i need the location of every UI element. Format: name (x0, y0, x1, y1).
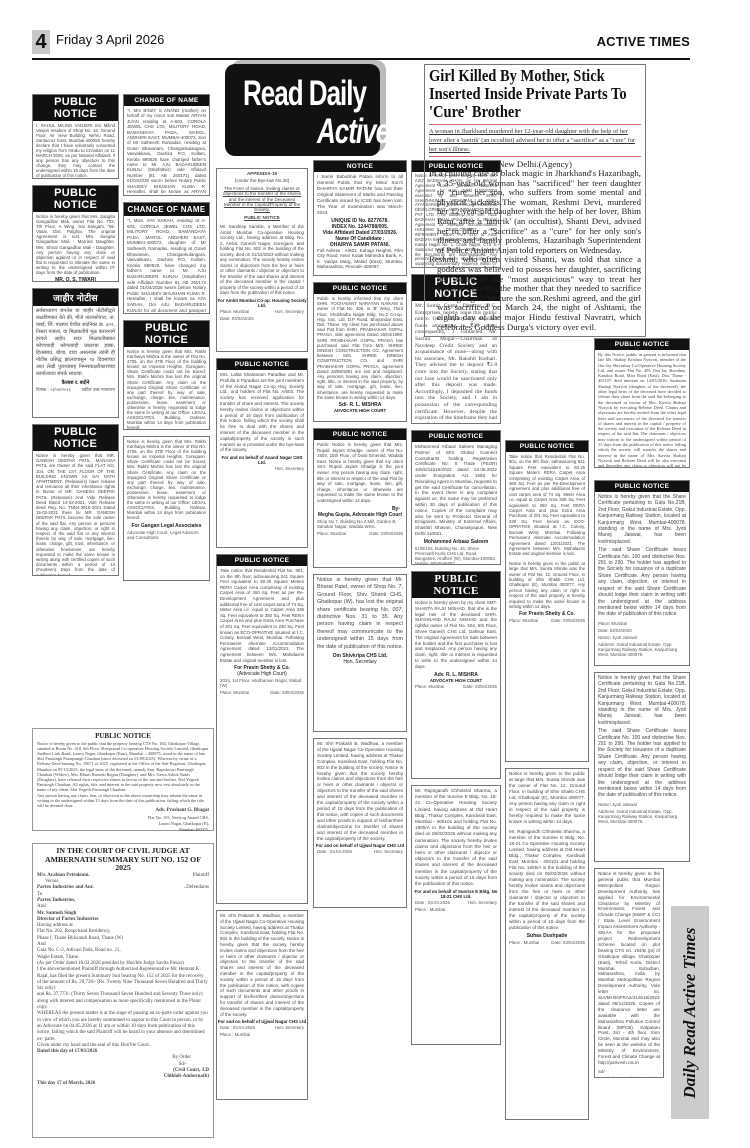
masthead: 4 Friday 3 April 2026 ACTIVE TIMES (32, 28, 690, 60)
notice-text: Mrs. Lalita Shantaram Paradkar and Mr. P… (217, 370, 307, 455)
notice-text: Notice is hereby given that Mrs. Rakhi K… (124, 437, 209, 523)
notice-naik: PUBLIC NOTICE Public is hereby informed … (313, 282, 407, 422)
notice-chhotelal: Mr. Rajnigandh Chhotelal Sharma, a membe… (411, 785, 501, 1045)
notice-hr-right: PUBLIC NOTICE Take notice that Residenti… (505, 440, 589, 762)
read-daily-banner: Read Daily Active Times (225, 64, 380, 156)
notice-share-certificate: PUBLIC NOTICE Notice is hereby given tha… (594, 480, 690, 666)
article-headline[interactable]: Girl Killed By Mother, Stick Inserted In… (429, 67, 642, 121)
notice-mmrda: Notice is hereby given to the general pu… (594, 868, 664, 1078)
notice-title: PUBLIC NOTICE (506, 441, 588, 452)
notice-title: PUBLIC NOTICE (595, 339, 689, 350)
notice-title: PUBLIC NOTICE (314, 283, 406, 294)
notice-change-of-name-2: CHANGE OF NAME "I, Miss. AYA SARAH, resi… (123, 202, 210, 314)
notice-title: PUBLIC NOTICE (217, 555, 307, 566)
notice-chhotelal-left: Mr. Shri Prakash B. Wadhwa, a member of … (313, 738, 407, 908)
notice-title: PUBLIC NOTICE (412, 431, 500, 442)
court-title: IN THE COURT OF CIVIL JUDGE ATAMBERNATH … (37, 847, 209, 873)
notice-title: CHANGE OF NAME (124, 95, 209, 106)
notice-text: Notice is hereby given to the public at … (506, 769, 588, 827)
article-paragraph: Reshmi, who often visited Shanti, was to… (429, 255, 641, 332)
notice-text: Notice is hereby given by my client SMT.… (412, 598, 500, 672)
notice-ggehi: PUBLIC NOTICE Public Notice is hereby gi… (313, 428, 407, 568)
notice-text: Notice is hereby given that Mrs. Rakhi K… (124, 347, 209, 430)
notice-ghatkopar: PUBLIC NOTICE Notice is hereby given to … (32, 728, 214, 831)
notice-text: By this Notice, public in general is inf… (595, 350, 689, 468)
notice-text: Notice is hereby given that the Share Ce… (595, 492, 689, 547)
notice-title: PUBLIC NOTICE (314, 429, 406, 440)
notice-title: PUBLIC NOTICE (37, 732, 209, 741)
notice-gangan: PUBLIC NOTICE Notice is hereby given tha… (123, 320, 210, 430)
notice-text: "I, Mrs BINZY S ANAND (mother) on behalf… (124, 106, 209, 196)
column-4: NOTICE I Samir Babubhai Patani inform to… (313, 160, 407, 914)
notice-sakate: Mr. Shri Prakash B. Wadhwa, a member of … (216, 910, 308, 1100)
notice-title: NOTICE (314, 161, 406, 172)
column-3: APPENDIX-16 [Under the Bye-law No.35] Th… (216, 168, 308, 1106)
notice-title: PUBLIC NOTICE (217, 359, 307, 370)
notice-nyayoti: PUBLIC NOTICE By this Notice, public in … (594, 338, 690, 468)
notice-text: Notice is hereby given that Mrs. Sangita… (33, 212, 118, 277)
notice-bharat: Notice is hereby given that Mr. Bharat P… (313, 574, 407, 732)
notice-tiwari-left: PUBLIC NOTICE Notice is hereby given tha… (32, 185, 119, 282)
news-article: Girl Killed By Mother, Stick Inserted In… (424, 64, 646, 337)
notice-title: CHANGE OF NAME (124, 203, 209, 216)
publication-date: Friday 3 April 2026 (56, 32, 164, 47)
banner-line-1: Read Daily (243, 73, 366, 115)
notice-mishra-left: PUBLIC NOTICE Notice is hereby given tha… (32, 424, 119, 576)
notice-saleem: PUBLIC NOTICE Mohammed Arbaaz Saleem Man… (411, 430, 501, 565)
notice-text: Notice is hereby given that MR. GANESH D… (33, 451, 118, 576)
notice-text: Notice is hereby given that the Share Ce… (595, 673, 689, 728)
side-banner-text: Daily Read Active Times (680, 927, 700, 1098)
notice-text: सर्वसाधारण जनतेस या जाहीर नोटीसीद्वारे क… (33, 306, 118, 380)
article-paragraph: In a chilling case of black magic in Jha… (429, 169, 641, 255)
notice-change-of-name-1: CHANGE OF NAME "I, Mrs BINZY S ANAND (mo… (123, 94, 210, 196)
notice-text: Public is hereby informed that my client… (314, 294, 406, 402)
notice-title: जाहीर नोटीस (33, 289, 118, 306)
notice-text: Mr. Rajnigandh Chhotelal Sharma, a membe… (412, 786, 500, 889)
notice-text: I Samir Babubhai Patani inform to all Ge… (314, 172, 406, 218)
notice-text: Mohammed Arbaaz Saleem Managing Partner … (412, 442, 500, 539)
daily-read-side-banner: Daily Read Active Times (671, 906, 709, 1119)
article-lead: A woman in Jharkhand murdered her 12-yea… (429, 124, 641, 157)
notice-patani: NOTICE I Samir Babubhai Patani inform to… (313, 160, 407, 276)
notice-text: "I, Miss. AYA SARAH, residing at A-603, … (124, 216, 209, 314)
notice-text: Take notice that Residential Flat No. 80… (506, 452, 588, 559)
notice-gangan-legal: Notice is hereby given that Mrs. Rakhi K… (123, 436, 210, 581)
notice-text: Mr. Shri Prakash B. Wadhwa, a member of … (217, 911, 307, 1019)
notice-nishad: PUBLIC NOTICE Notice is hereby given by … (411, 571, 501, 779)
notice-shinde: Notice is hereby given to the public at … (505, 768, 589, 1120)
notice-title: PUBLIC NOTICE (412, 572, 500, 598)
notice-text: Notice is hereby given to the general pu… (595, 869, 663, 1068)
notice-text: Mr. Shri Prakash B. Wadhwa, a member of … (314, 739, 406, 843)
notice-hr: PUBLIC NOTICE Take notice that Residenti… (216, 554, 308, 904)
column-left-wide: PUBLIC NOTICE Notice is hereby given to … (32, 728, 214, 1138)
notice-appendix-16: APPENDIX-16 [Under the Bye-law No.35] Th… (216, 168, 308, 352)
notice-singh: PUBLIC NOTICE Mrs. Lalita Shantaram Para… (216, 358, 308, 548)
column-6: PUBLIC NOTICE Take notice that Residenti… (505, 440, 589, 1126)
notice-text: I, RAHUL MILIND VANJERI S/o Milind Vanje… (33, 121, 118, 179)
notice-title: PUBLIC NOTICE (33, 186, 118, 212)
notice-text: Notice is hereby given that Mr. Bharat P… (314, 575, 406, 653)
notice-title: PUBLIC NOTICE (124, 321, 209, 347)
notice-title: PUBLIC NOTICE (595, 481, 689, 492)
court-summons: IN THE COURT OF CIVIL JUDGE ATAMBERNATH … (32, 843, 214, 1138)
newspaper-brand: ACTIVE TIMES (597, 34, 690, 49)
column-1: PUBLIC NOTICE I, RAHUL MILIND VANJERI S/… (32, 94, 119, 582)
article-body: In a chilling case of black magic in Jha… (429, 169, 641, 332)
column-2: CHANGE OF NAME "I, Mrs BINZY S ANAND (mo… (123, 94, 210, 587)
notice-share-certificate-2: Notice is hereby given that the Share Ce… (594, 672, 690, 862)
notice-marathi: जाहीर नोटीस सर्वसाधारण जनतेस या जाहीर नो… (32, 288, 119, 418)
notice-rahul: PUBLIC NOTICE I, RAHUL MILIND VANJERI S/… (32, 94, 119, 179)
notice-text: Take notice that Residential Flat No. 80… (217, 566, 307, 665)
notice-title: PUBLIC NOTICE (33, 425, 118, 451)
notice-text: Notice is hereby given to the public tha… (37, 741, 209, 793)
notice-text: Mr. Sandeep Kamble, a Member of the Ambi… (217, 222, 307, 298)
page-number: 4 (32, 30, 50, 54)
notice-text: Public Notice is hereby given that Mrs. … (314, 440, 406, 506)
notice-title: PUBLIC NOTICE (33, 95, 118, 121)
